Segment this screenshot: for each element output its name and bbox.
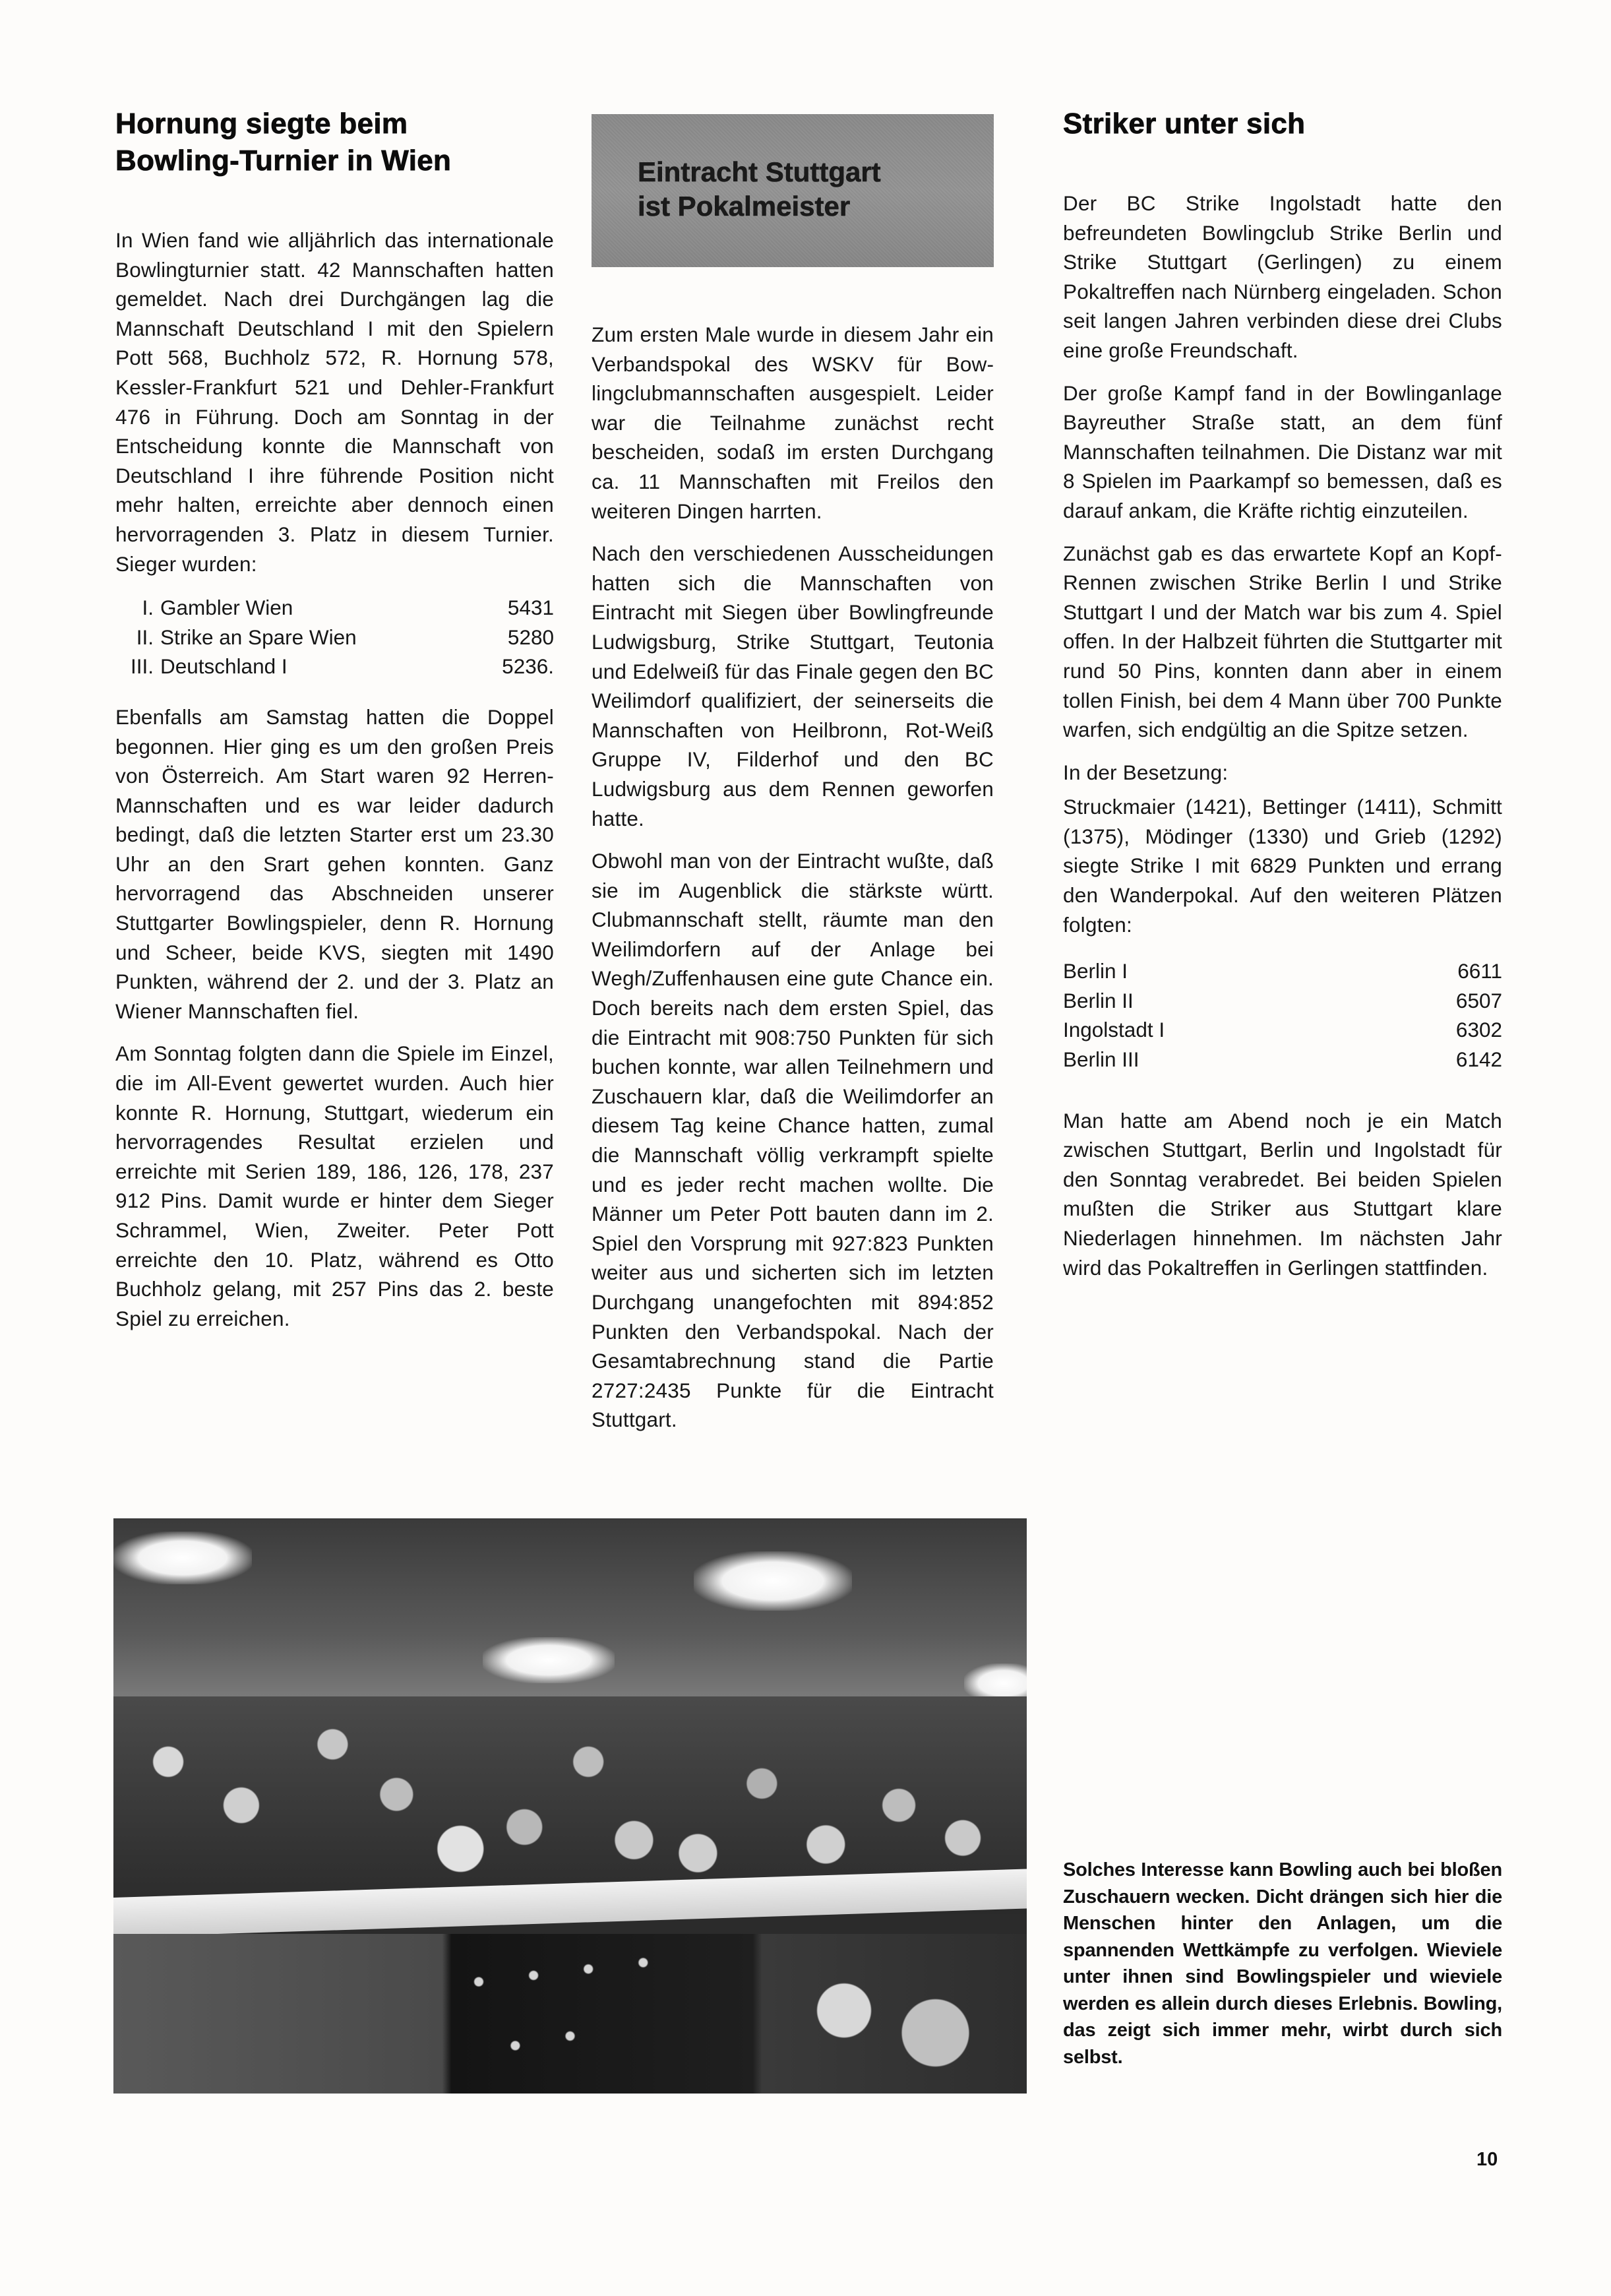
- results-table: I.Gambler Wien 5431 II.Strike an Spare W…: [115, 593, 554, 681]
- ball-return-area: [113, 1934, 1027, 2094]
- paragraph: In Wien fand wie alljährlich das inter­n…: [115, 226, 554, 578]
- team: Gambler Wien: [160, 593, 293, 623]
- team: Berlin I: [1063, 956, 1128, 986]
- photo-caption: Solches Interesse kann Bowling auch bei …: [1063, 1857, 1502, 2070]
- paragraph: Ebenfalls am Samstag hatten die Doppel b…: [115, 702, 554, 1026]
- result-row: Berlin I 6611: [1063, 956, 1502, 986]
- result-row: Berlin III 6142: [1063, 1045, 1502, 1074]
- paragraph: Am Sonntag folgten dann die Spiele im Ei…: [115, 1039, 554, 1333]
- result-row: Ingolstadt I 6302: [1063, 1015, 1502, 1045]
- crowd-photo: [113, 1518, 1027, 2094]
- score: 5431: [508, 593, 554, 623]
- paragraph: Der BC Strike Ingolstadt hatte den befre…: [1063, 189, 1502, 365]
- score: 5236.: [502, 652, 554, 681]
- paragraph: Der große Kampf fand in der Bowling­anla…: [1063, 379, 1502, 526]
- ceiling-light: [694, 1551, 852, 1611]
- headline-line: Bowling-Turnier in Wien: [115, 142, 554, 179]
- middle-article: Eintracht Stuttgart ist Pokalmeister Zum…: [592, 114, 994, 1448]
- score: 6302: [1456, 1015, 1502, 1045]
- team: Ingolstadt I: [1063, 1015, 1165, 1045]
- score: 6507: [1456, 986, 1502, 1016]
- results-table: Berlin I 6611 Berlin II 6507 Ingolstadt …: [1063, 956, 1502, 1074]
- score: 5280: [508, 623, 554, 652]
- paragraph: Zum ersten Male wurde in diesem Jahr ein…: [592, 320, 994, 526]
- middle-article-headline: Eintracht Stuttgart ist Pokalmeister: [638, 155, 881, 224]
- result-row: III.Deutschland I 5236.: [115, 652, 554, 681]
- rank: III.: [115, 652, 154, 681]
- score: 6611: [1457, 956, 1502, 986]
- left-article: Hornung siegte beim Bowling-Turnier in W…: [115, 106, 554, 1346]
- result-row: Berlin II 6507: [1063, 986, 1502, 1016]
- score: 6142: [1456, 1045, 1502, 1074]
- paragraph: Obwohl man von der Eintracht wußte, daß …: [592, 846, 994, 1435]
- team: Berlin III: [1063, 1045, 1140, 1074]
- ceiling-light: [113, 1532, 252, 1584]
- page-number: 10: [1476, 2149, 1498, 2171]
- team: Berlin II: [1063, 986, 1134, 1016]
- rank: II.: [115, 623, 154, 652]
- headline-line: Eintracht Stuttgart: [638, 155, 881, 189]
- team: Strike an Spare Wien: [160, 623, 357, 652]
- result-row: II.Strike an Spare Wien 5280: [115, 623, 554, 652]
- ceiling-light: [483, 1637, 615, 1683]
- paragraph: Man hatte am Abend noch je ein Match zwi…: [1063, 1106, 1502, 1283]
- paragraph: Zunächst gab es das erwartete Kopf an Ko…: [1063, 539, 1502, 745]
- left-article-headline: Hornung siegte beim Bowling-Turnier in W…: [115, 106, 554, 179]
- paragraph: In der Besetzung:: [1063, 758, 1502, 788]
- right-article-headline: Striker unter sich: [1063, 106, 1502, 142]
- paragraph: Struckmaier (1421), Bettinger (1411), Sc…: [1063, 792, 1502, 939]
- paragraph: Nach den verschiedenen Ausscheidun­gen h…: [592, 539, 994, 833]
- rank: I.: [115, 593, 154, 623]
- team: Deutschland I: [160, 652, 288, 681]
- right-article: Striker unter sich Der BC Strike Ingolst…: [1063, 106, 1502, 1295]
- headline-box: Eintracht Stuttgart ist Pokalmeister: [592, 114, 994, 267]
- headline-line: Hornung siegte beim: [115, 106, 554, 142]
- headline-line: ist Pokalmeister: [638, 189, 881, 224]
- result-row: I.Gambler Wien 5431: [115, 593, 554, 623]
